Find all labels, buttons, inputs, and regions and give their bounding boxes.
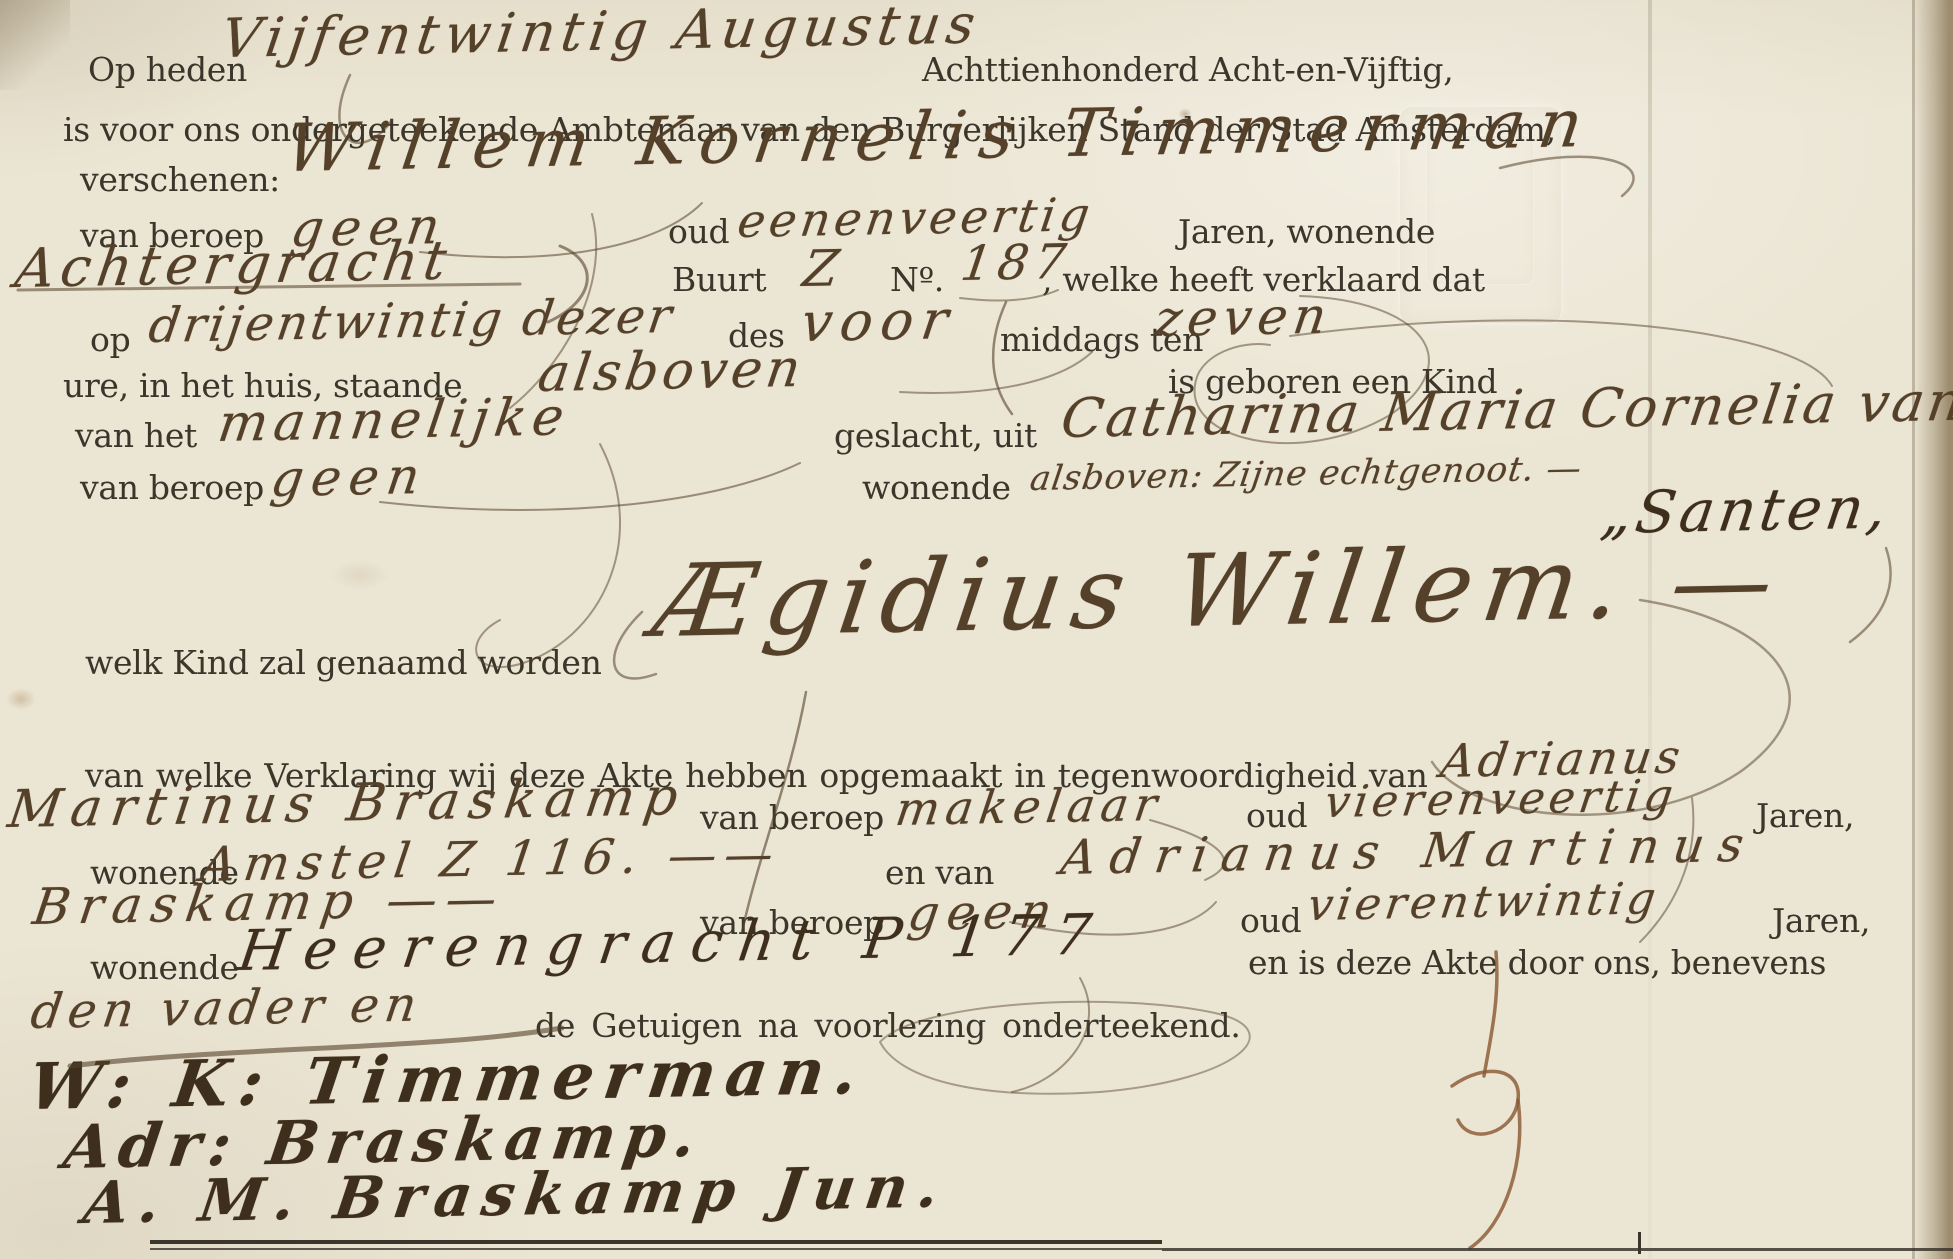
hand-birth-day: drijentwintig dezer (146, 292, 677, 350)
occupation-tail-stroke (420, 203, 702, 257)
paraph-stroke-3 (1470, 1100, 1520, 1248)
printed-year: Achttienhonderd Acht-en-Vijftig, (922, 52, 1453, 88)
printed-witness2-age-suffix: Jaren, (1772, 903, 1870, 939)
page-edge-right (1913, 0, 1953, 1259)
sex-descender-stroke (476, 444, 620, 667)
hand-witness2-residence: Heerengracht P 177 (235, 907, 1110, 980)
hand-witness1-occupation: makelaar (893, 781, 1166, 832)
printed-district-label: Buurt (672, 262, 766, 298)
printed-on-label: op (90, 322, 130, 358)
printed-witness2-age-label: oud (1240, 903, 1301, 939)
printed-closing-benevens: en is deze Akte door ons, benevens (1248, 945, 1826, 981)
signature-witness2: A. M. Braskamp Jun. (80, 1157, 952, 1232)
hand-declarant-address: Achtergracht (12, 234, 456, 296)
hand-witness2-age: vierentwintig (1305, 877, 1662, 928)
hand-district: Z (800, 243, 842, 294)
printed-sex-suffix: geslacht, uit (834, 418, 1037, 454)
printed-mother-residence-label: wonende (862, 470, 1011, 506)
hand-house: alsboven (535, 343, 808, 400)
paper-corner-shadow (0, 0, 70, 90)
hand-child-name: Ægidius Willem. — (648, 530, 1789, 652)
paper-stain (6, 688, 36, 710)
printed-sex-prefix: van het (75, 418, 197, 454)
form-rule-bottom-left (150, 1240, 1162, 1244)
hand-date: Vijfentwintig Augustus (218, 0, 984, 66)
printed-witness1-age-suffix: Jaren, (1756, 798, 1854, 834)
printed-age-label: oud (668, 214, 729, 250)
hand-sex: mannelijke (215, 391, 573, 450)
form-rule-bottom-right (1162, 1248, 1953, 1251)
form-rule-tick (1638, 1232, 1641, 1254)
hand-witness1-age: vierenveertig (1322, 774, 1679, 825)
birth-certificate-document: Op heden Vijfentwintig Augustus Achttien… (0, 0, 1953, 1259)
printed-child-name-label: welk Kind zal genaamd worden (85, 645, 602, 681)
hand-mother-name: Catharina Maria Cornelia van„ (1058, 374, 1953, 446)
mother-occupation-tail-stroke (380, 463, 800, 510)
paraph-stroke-2 (1452, 1071, 1518, 1134)
hand-birth-hour: zeven (1152, 291, 1335, 344)
hand-closing-insert: den vader en (28, 981, 425, 1036)
printed-mother-occupation-label: van beroep (80, 470, 264, 506)
registrar-paraph (1452, 952, 1520, 1248)
hand-mother-residence: alsboven: Zijne echtgenoot. — (1028, 451, 1584, 496)
paper-stain (330, 560, 390, 590)
hand-daypart: voor (798, 293, 959, 350)
printed-appeared-label: verschenen: (80, 162, 280, 198)
hand-witness1-name-part2: Martinus Braskamp (5, 771, 690, 836)
hand-mother-occupation: geen (268, 451, 431, 504)
form-rule-bottom-left-2 (150, 1248, 1162, 1250)
printed-age-suffix: Jaren, wonende (1178, 214, 1435, 250)
santen-comma-stroke (1850, 548, 1891, 642)
